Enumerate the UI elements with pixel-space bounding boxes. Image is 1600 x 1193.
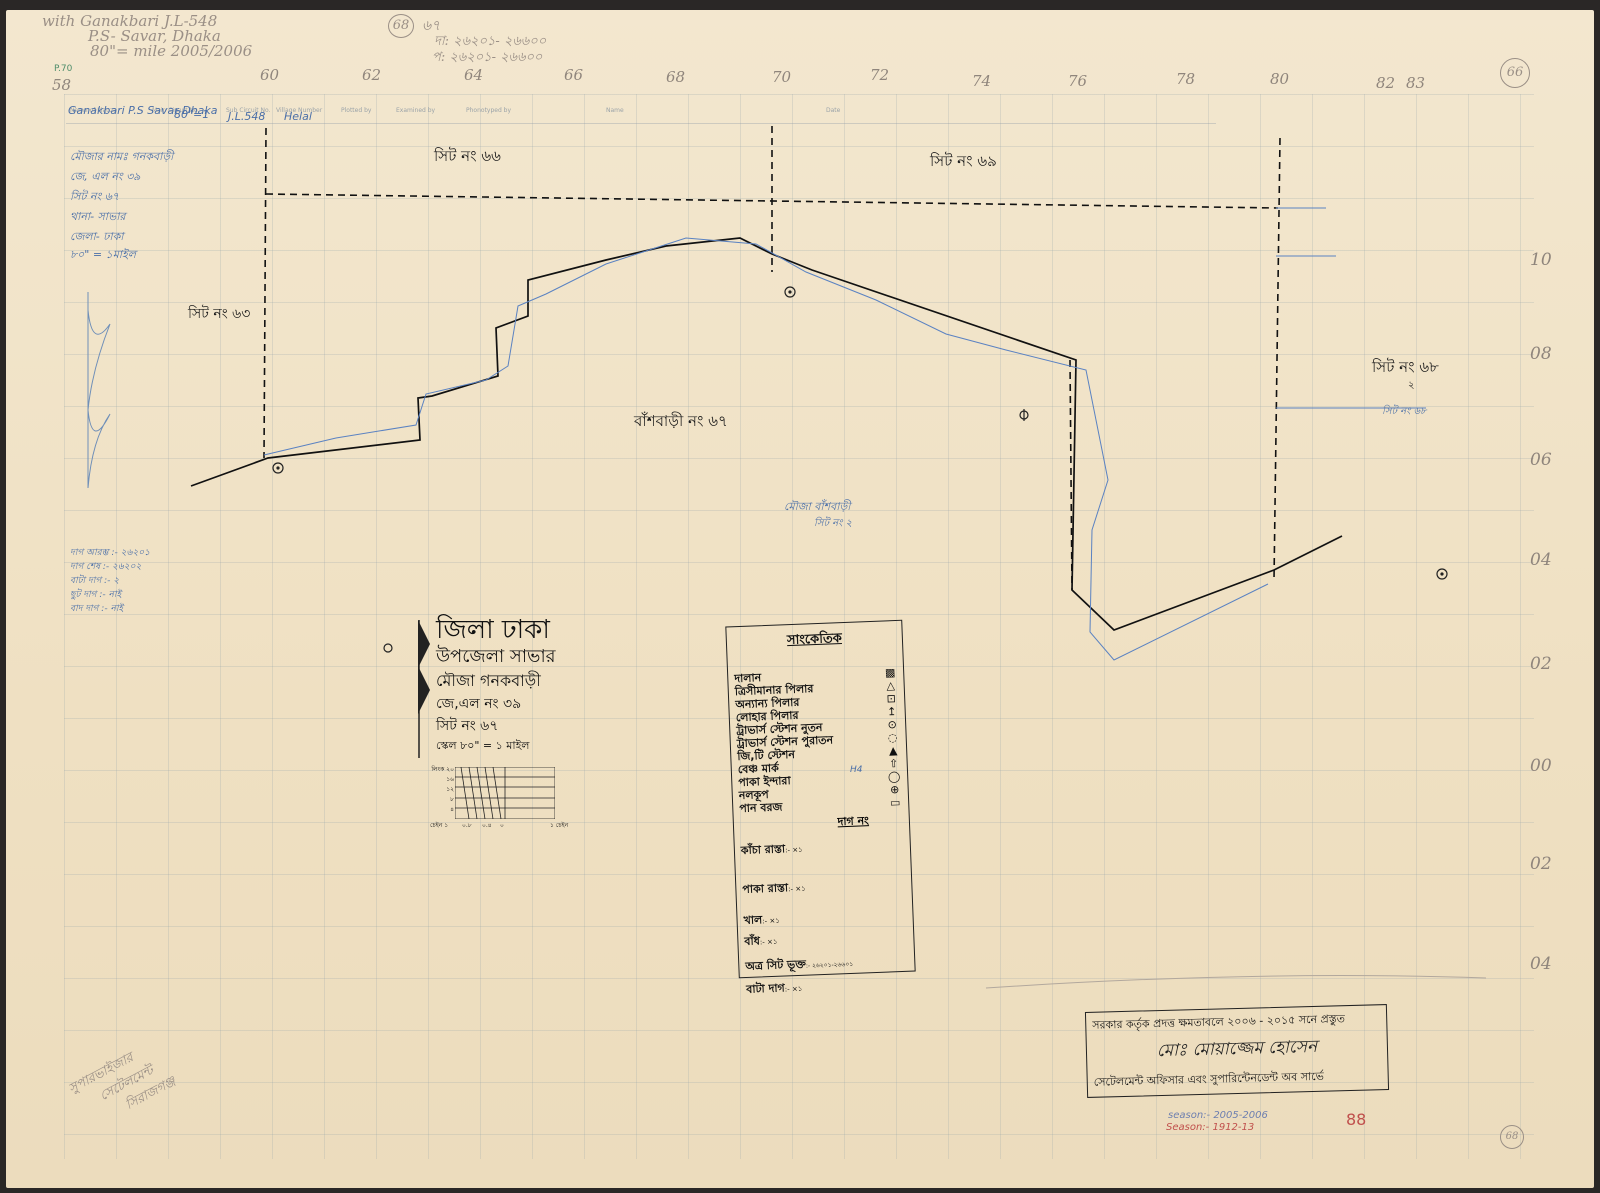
sheet-label-north: সিট নং ৬৬ <box>434 145 501 170</box>
certificate-box: সরকার কর্তৃক প্রদত্ত ক্ষমতাবলে ২০০৬ - ২০… <box>1085 1004 1389 1098</box>
tubewell-icon: ⊕ <box>887 783 901 797</box>
h-mark: H4 <box>850 765 863 775</box>
scale-y-label: ১২ <box>424 785 454 795</box>
plot-row: কাঁচা রাস্তা:- ×১ <box>735 836 911 862</box>
scale-x-label: চেইন ১ <box>430 820 448 831</box>
legend-box: সাংকেতিক দালান▩ ত্রিসীমানার পিলার△ অন্যা… <box>725 620 915 979</box>
upazila-title: উপজেলা সাভার <box>436 645 618 669</box>
plot-label: বাঁধ <box>744 934 760 948</box>
legend-label: দালান <box>734 671 761 685</box>
square-pillar-icon: ⊡ <box>884 692 898 706</box>
new-station-icon: ⊙ <box>885 718 899 732</box>
plot-label: পাকা রাস্তা <box>742 881 788 896</box>
old-station-icon: ◌ <box>885 731 899 745</box>
mouza-center-label: বাঁশবাড়ী নং ৬৭ <box>634 410 728 435</box>
season-old: Season:- 1912-13 <box>1166 1122 1254 1133</box>
plot-value: :- ×১ <box>762 917 780 926</box>
sheet-number: সিট নং ৬৭ <box>436 715 618 737</box>
scale-y-labels: লিংক ২০ ১৬ ১২ ৮ ৪ <box>424 765 454 815</box>
east-blue-label: মৌজা বাঁশবাড়ী <box>784 498 850 517</box>
building-icon: ▩ <box>883 666 897 680</box>
district-title: জিলা ঢাকা <box>436 615 618 645</box>
gt-station-icon: ▲ <box>886 744 900 758</box>
plot-label: বাটা দাগ <box>746 982 785 996</box>
scale-y-label: ১৬ <box>424 775 454 785</box>
jl-number: জে,এল নং ৩৯ <box>436 693 618 715</box>
plot-label: খাল <box>743 913 762 927</box>
season-new: season:- 2005-2006 <box>1168 1110 1268 1121</box>
scale-x-label: ১ চেইন <box>550 820 568 831</box>
betel-garden-icon: ▭ <box>888 796 902 810</box>
iron-pillar-icon: ↥ <box>884 705 898 719</box>
plot-row: বাঁধ:- ×১ <box>738 927 914 953</box>
plot-row: পাকা রাস্তা:- ×১ <box>736 875 912 901</box>
mouza-title: মৌজা গনকবাড়ী <box>436 669 618 693</box>
scale-x-label: ০ <box>500 820 504 831</box>
plot-value: :- ×১ <box>785 846 803 855</box>
season-circles: 88 <box>1346 1110 1366 1129</box>
sheet-label-west: সিট নং ৬৩ <box>188 302 250 326</box>
bench-mark-icon: ⇧ <box>886 757 900 771</box>
scale-x-label: ০.৪ <box>482 820 492 831</box>
plot-value: :- ×১ <box>760 938 778 947</box>
plot-label: কাঁচা রাস্তা <box>741 842 786 857</box>
plot-value: :- ×১ <box>785 985 803 994</box>
sheet-label-north-east: সিট নং ৬৯ <box>930 150 997 175</box>
well-icon: ◯ <box>887 770 901 784</box>
plot-value: :- ×১ <box>788 885 806 894</box>
scale-y-label: ৪ <box>424 805 454 815</box>
sheet-label-east-blue: সিট নং ৬৮ <box>1382 404 1427 421</box>
sheet-label-east: সিট নং ৬৮ <box>1372 356 1439 381</box>
legend-label: নলকূপ <box>739 788 769 802</box>
east-blue-sheet: সিট নং ২ <box>814 516 852 533</box>
sheet-label-east-sub: ২ <box>1408 378 1415 395</box>
diagonal-scale <box>455 767 555 819</box>
triangle-pillar-icon: △ <box>883 679 897 693</box>
scale-x-label: ০.৮ <box>462 820 472 831</box>
cadastral-map-sheet: Name of Mauza Main Circuit No. Sub Circu… <box>6 10 1594 1188</box>
title-block: জিলা ঢাকা উপজেলা সাভার মৌজা গনকবাড়ী জে,… <box>418 615 618 755</box>
legend-label: জি,টি স্টেশন <box>737 748 795 763</box>
plot-label: অত্র সিট ভূক্ত <box>745 958 806 973</box>
scale-text: স্কেল ৮০" = ১ মাইল <box>436 737 618 755</box>
legend-label: পাকা ইন্দারা <box>738 774 791 789</box>
plot-number-header: দাগ নং <box>734 811 910 837</box>
bottom-circled-page: 68 <box>1500 1125 1524 1149</box>
scale-y-label: লিংক ২০ <box>424 765 454 775</box>
legend-label: পান বরজ <box>739 800 783 815</box>
plot-value: :- ২৬২০১-২৬৬০১ <box>806 961 853 970</box>
scale-y-label: ৮ <box>424 795 454 805</box>
